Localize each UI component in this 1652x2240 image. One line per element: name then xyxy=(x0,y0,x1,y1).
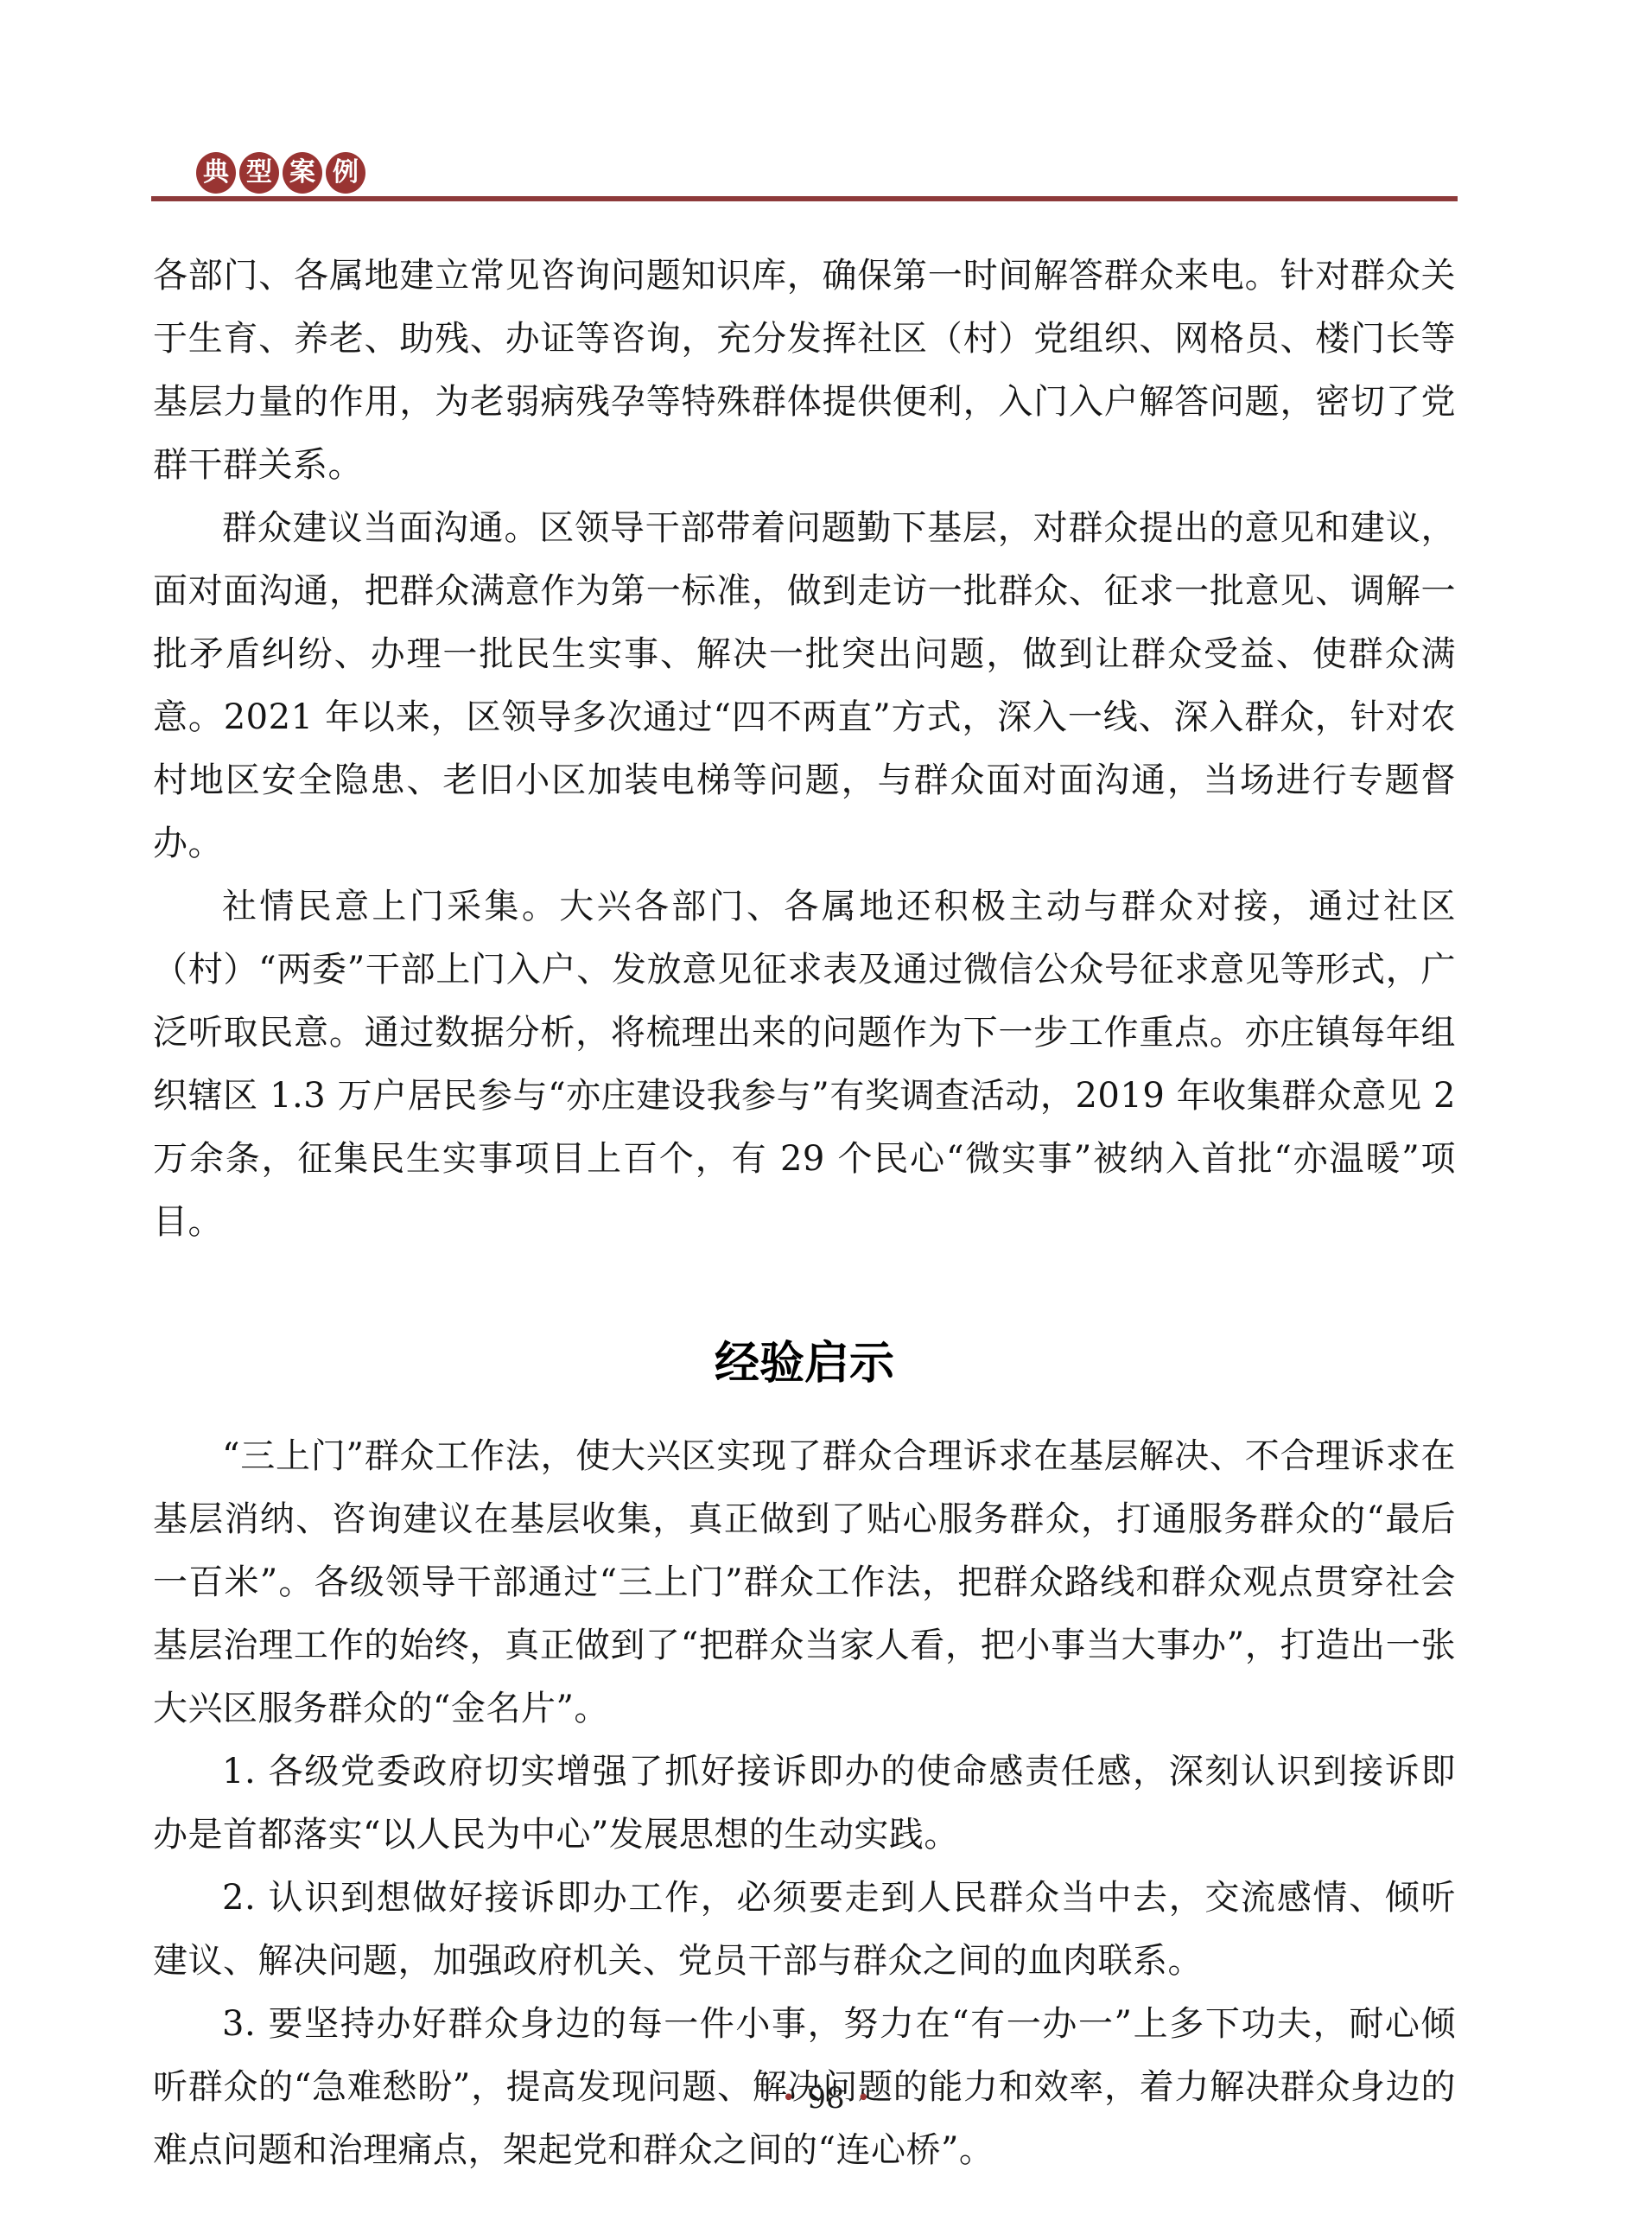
page-number: 98 xyxy=(807,2081,844,2116)
header-badge-icon: 例 xyxy=(326,152,365,194)
footer-dot-icon: • xyxy=(782,2085,795,2111)
header-logo: 典 型 案 例 xyxy=(196,152,365,194)
document-page: 典 型 案 例 各部门、各属地建立常见咨询问题知识库，确保第一时间解答群众来电。… xyxy=(0,0,1652,2240)
page-footer: •98• xyxy=(0,2081,1652,2116)
header-badge-icon: 典 xyxy=(196,152,236,194)
paragraph: 各部门、各属地建立常见咨询问题知识库，确保第一时间解答群众来电。针对群众关于生育… xyxy=(153,245,1456,497)
paragraph: “三上门”群众工作法，使大兴区实现了群众合理诉求在基层解决、不合理诉求在基层消纳… xyxy=(153,1425,1456,1740)
header-badge-icon: 型 xyxy=(239,152,279,194)
page-content: 各部门、各属地建立常见咨询问题知识库，确保第一时间解答群众来电。针对群众关于生育… xyxy=(153,245,1456,2182)
footer-dot-icon: • xyxy=(857,2085,870,2111)
paragraph: 2. 认识到想做好接诉即办工作，必须要走到人民群众当中去，交流感情、倾听建议、解… xyxy=(153,1867,1456,1993)
section-heading: 经验启示 xyxy=(153,1337,1456,1390)
header-rule xyxy=(151,196,1458,201)
paragraph: 1. 各级党委政府切实增强了抓好接诉即办的使命感责任感，深刻认识到接诉即办是首都… xyxy=(153,1740,1456,1867)
paragraph: 社情民意上门采集。大兴各部门、各属地还积极主动与群众对接，通过社区（村）“两委”… xyxy=(153,875,1456,1254)
paragraph: 群众建议当面沟通。区领导干部带着问题勤下基层，对群众提出的意见和建议，面对面沟通… xyxy=(153,497,1456,875)
header-badge-icon: 案 xyxy=(283,152,322,194)
